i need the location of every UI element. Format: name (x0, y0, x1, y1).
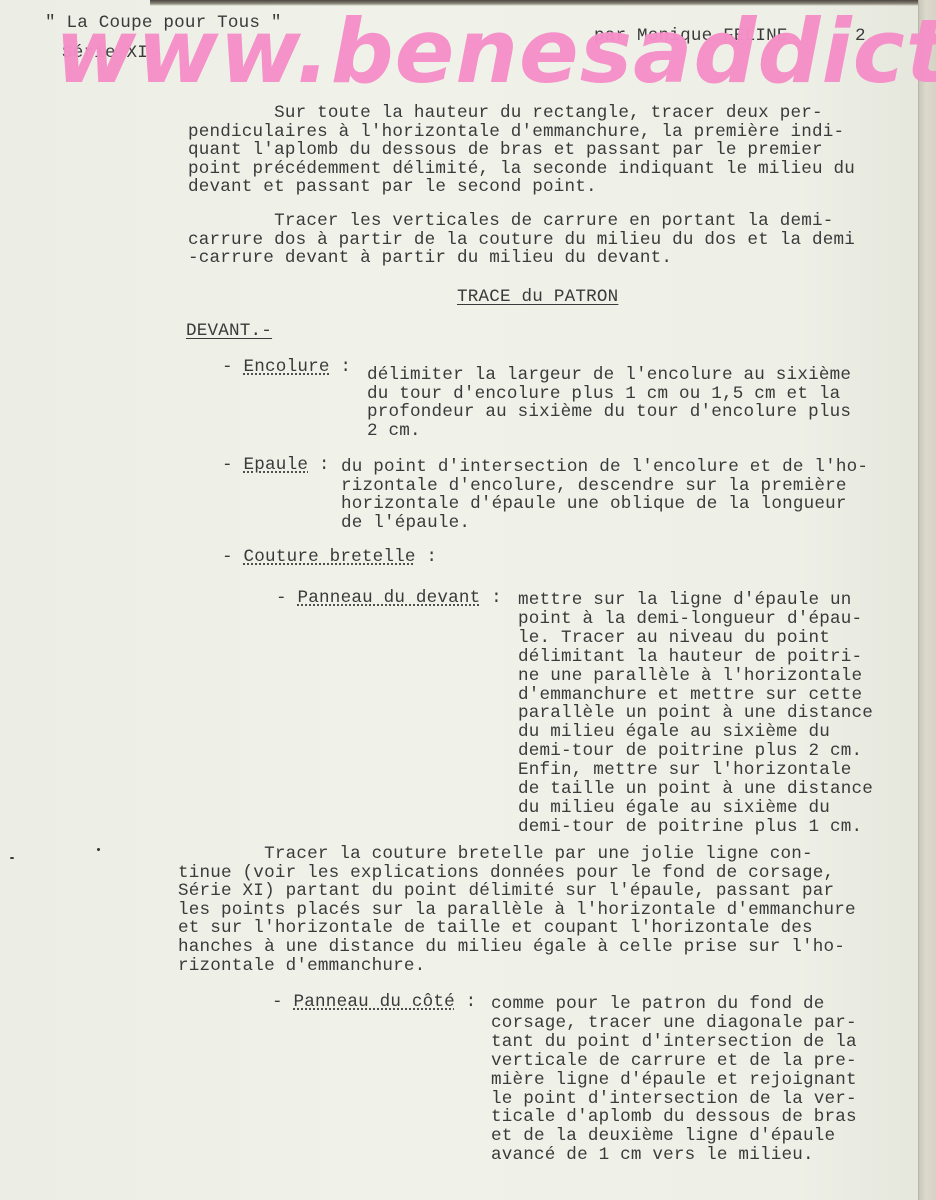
text-line: le point d'intersection de la ver- (491, 1090, 857, 1108)
text-line: et sur l'horizontale de taille et coupan… (178, 919, 813, 937)
item-encolure-label: - Encolure : (222, 358, 351, 376)
text-line: Tracer la couture bretelle par une jolie… (178, 845, 813, 863)
item-panneau-devant-label: - Panneau du devant : (276, 589, 502, 607)
item-panneau-cote-label: - Panneau du côté : (272, 993, 476, 1011)
text-line: du tour d'encolure plus 1 cm ou 1,5 cm e… (367, 385, 840, 403)
text-line: ticale d'aplomb du dessous de bras (491, 1108, 857, 1126)
text-line: du milieu égale au sixième du (518, 723, 830, 741)
text-line: avancé de 1 cm vers le milieu. (491, 1146, 814, 1164)
text-line: horizontale d'épaule une oblique de la l… (341, 495, 847, 513)
text-line: corsage, tracer une diagonale par- (491, 1014, 857, 1032)
text-line: d'emmanchure et mettre sur cette (518, 686, 862, 704)
text-line: du milieu égale au sixième du (518, 799, 830, 817)
text-line: quant l'aplomb du dessous de bras et pas… (188, 141, 823, 159)
text-line: les points placés sur la parallèle à l'h… (178, 901, 856, 919)
text-line: verticale de carrure et de la pre- (491, 1052, 857, 1070)
text-line: pendiculaires à l'horizontale d'emmanchu… (188, 123, 844, 141)
text-line: rizontale d'encolure, descendre sur la p… (341, 477, 847, 495)
text-line: parallèle un point à une distance (518, 704, 873, 722)
text-line: et de la deuxième ligne d'épaule (491, 1127, 835, 1145)
text-line: du point d'intersection de l'encolure et… (341, 458, 868, 476)
text-line: devant et passant par le second point. (188, 178, 597, 196)
text-line: de taille un point à une distance (518, 780, 873, 798)
paper-speck (10, 857, 14, 859)
watermark-text: www.benesaddict.fr (55, 2, 936, 102)
text-line: hanches à une distance du milieu égale à… (178, 938, 845, 956)
text-line: délimiter la largeur de l'encolure au si… (367, 366, 851, 384)
text-line: point à la demi-longueur d'épau- (518, 610, 862, 628)
text-line: demi-tour de poitrine plus 1 cm. (518, 818, 862, 836)
text-line: Enfin, mettre sur l'horizontale (518, 761, 852, 779)
text-line: ne une parallèle à l'horizontale (518, 667, 862, 685)
text-line: tant du point d'intersection de la (491, 1033, 857, 1051)
text-line: Série XI) partant du point délimité sur … (178, 882, 834, 900)
item-epaule-label: - Epaule : (222, 456, 330, 474)
subsection-devant: DEVANT.- (186, 322, 272, 340)
section-title: TRACE du PATRON (457, 288, 618, 306)
text-line: 2 cm. (367, 422, 421, 440)
text-line: carrure dos à partir de la couture du mi… (188, 231, 855, 249)
text-line: comme pour le patron du fond de (491, 995, 825, 1013)
text-line: rizontale d'emmanchure. (178, 957, 425, 975)
text-line: mière ligne d'épaule et rejoignant (491, 1071, 857, 1089)
item-couture-bretelle-label: - Couture bretelle : (222, 548, 437, 566)
scanned-page: " La Coupe pour Tous " Série XI par Moni… (0, 0, 936, 1200)
text-line: -carrure devant à partir du milieu du de… (188, 249, 672, 267)
text-line: profondeur au sixième du tour d'encolure… (367, 403, 851, 421)
text-line: de l'épaule. (341, 514, 470, 532)
paper-speck (97, 848, 100, 851)
text-line: Sur toute la hauteur du rectangle, trace… (188, 104, 823, 122)
page-right-edge (918, 0, 936, 1200)
text-line: délimitant la hauteur de poitri- (518, 648, 862, 666)
text-line: Tracer les verticales de carrure en port… (188, 212, 833, 230)
text-line: le. Tracer au niveau du point (518, 629, 830, 647)
text-line: point précédemment délimité, la seconde … (188, 160, 855, 178)
text-line: tinue (voir les explications données pou… (178, 864, 834, 882)
text-line: mettre sur la ligne d'épaule un (518, 591, 852, 609)
text-line: demi-tour de poitrine plus 2 cm. (518, 742, 862, 760)
